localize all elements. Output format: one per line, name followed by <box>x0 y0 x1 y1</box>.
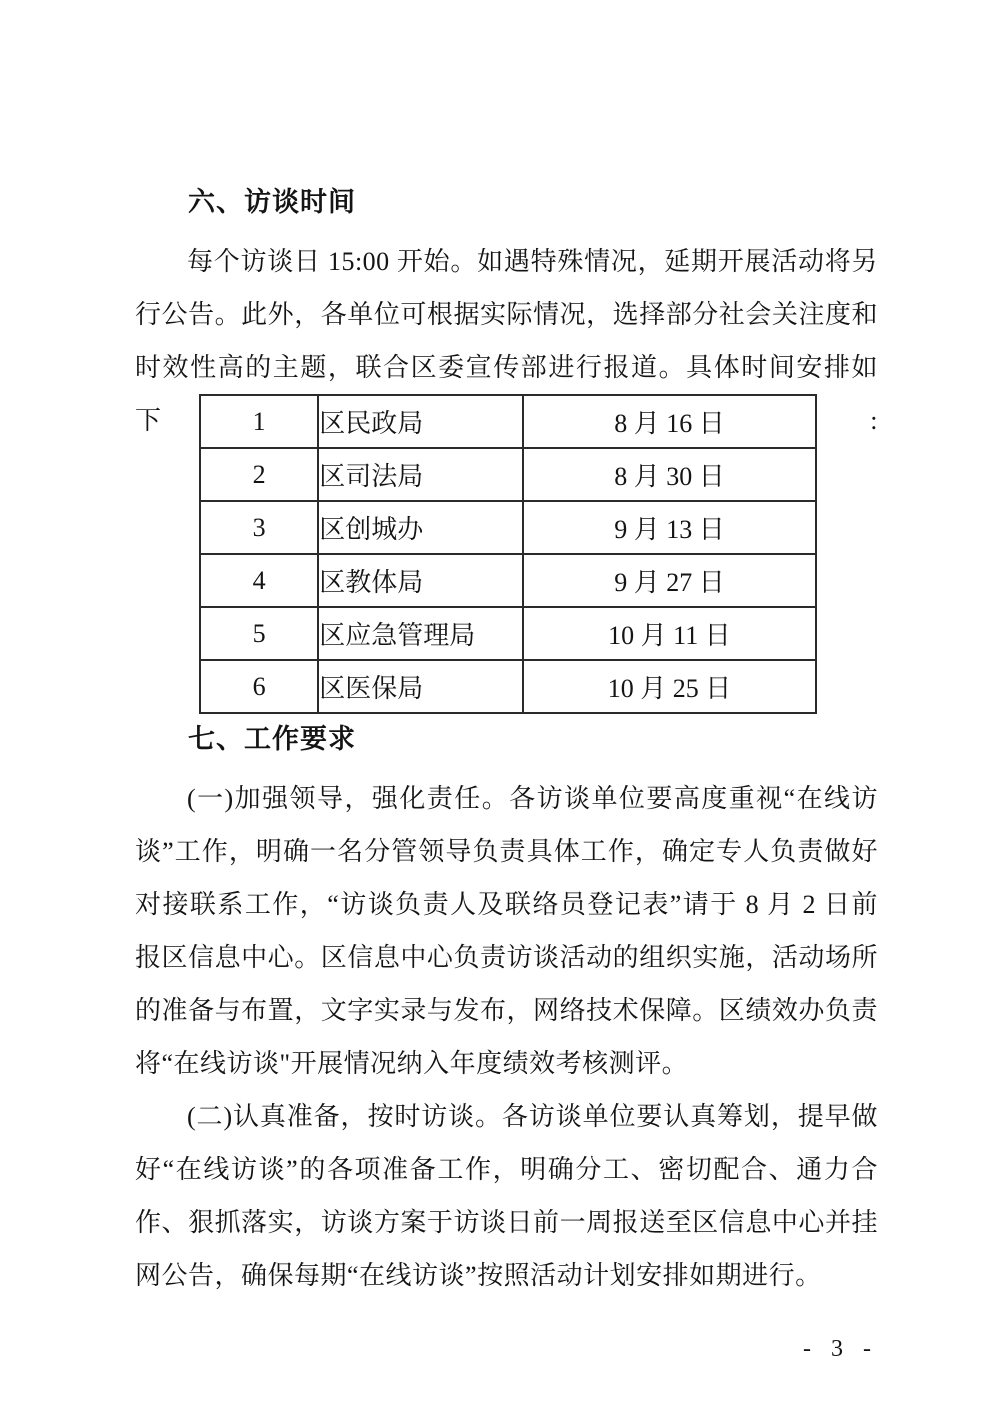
paragraph-interview-time: 每个访谈日 15:00 开始。如遇特殊情况，延期开展活动将另 行公告。此外，各单… <box>135 235 878 394</box>
text-line: 时效性高的主题，联合区委宣传部进行报道。具体时间安排如下: <box>135 341 878 394</box>
section-heading-interview-time: 六、访谈时间 <box>188 185 878 219</box>
table-row: 5 区应急管理局 10 月 11 日 <box>200 607 816 660</box>
row-number-cell: 6 <box>200 660 318 713</box>
unit-name-cell: 区司法局 <box>318 448 523 501</box>
page-number: - 3 - <box>135 1334 878 1364</box>
section-heading-work-requirements: 七、工作要求 <box>188 722 878 756</box>
text-line: 将“在线访谈"开展情况纳入年度绩效考核测评。 <box>135 1037 878 1090</box>
text-line: 对接联系工作，“访谈负责人及联络员登记表”请于 8 月 2 日前 <box>135 878 878 931</box>
text-line: (二)认真准备，按时访谈。各访谈单位要认真筹划，提早做 <box>135 1090 878 1143</box>
text-line: 谈”工作，明确一名分管领导负责具体工作，确定专人负责做好 <box>135 825 878 878</box>
text-line: 行公告。此外，各单位可根据实际情况，选择部分社会关注度和 <box>135 288 878 341</box>
text-line: (一)加强领导，强化责任。各访谈单位要高度重视“在线访 <box>135 772 878 825</box>
row-number-cell: 3 <box>200 501 318 554</box>
unit-name-cell: 区医保局 <box>318 660 523 713</box>
text-line: 作、狠抓落实，访谈方案于访谈日前一周报送至区信息中心并挂 <box>135 1196 878 1249</box>
text-line: 好“在线访谈”的各项准备工作，明确分工、密切配合、通力合 <box>135 1143 878 1196</box>
text-line: 报区信息中心。区信息中心负责访谈活动的组织实施，活动场所 <box>135 931 878 984</box>
unit-name-cell: 区应急管理局 <box>318 607 523 660</box>
row-number-cell: 5 <box>200 607 318 660</box>
unit-name-cell: 区教体局 <box>318 554 523 607</box>
table-row: 2 区司法局 8 月 30 日 <box>200 448 816 501</box>
table-row: 3 区创城办 9 月 13 日 <box>200 501 816 554</box>
paragraph-work-requirement-1: (一)加强领导，强化责任。各访谈单位要高度重视“在线访 谈”工作，明确一名分管领… <box>135 772 878 1090</box>
document-page: 六、访谈时间 每个访谈日 15:00 开始。如遇特殊情况，延期开展活动将另 行公… <box>0 0 1000 1428</box>
text-line: 网公告，确保每期“在线访谈”按照活动计划安排如期进行。 <box>135 1249 878 1302</box>
date-cell: 10 月 11 日 <box>523 607 816 660</box>
date-cell: 9 月 27 日 <box>523 554 816 607</box>
table-row: 6 区医保局 10 月 25 日 <box>200 660 816 713</box>
date-cell: 9 月 13 日 <box>523 501 816 554</box>
paragraph-work-requirement-2: (二)认真准备，按时访谈。各访谈单位要认真筹划，提早做 好“在线访谈”的各项准备… <box>135 1090 878 1302</box>
table-row: 4 区教体局 9 月 27 日 <box>200 554 816 607</box>
unit-name-cell: 区创城办 <box>318 501 523 554</box>
date-cell: 10 月 25 日 <box>523 660 816 713</box>
text-line: 每个访谈日 15:00 开始。如遇特殊情况，延期开展活动将另 <box>135 235 878 288</box>
text-line: 的准备与布置，文字实录与发布，网络技术保障。区绩效办负责 <box>135 984 878 1037</box>
row-number-cell: 2 <box>200 448 318 501</box>
row-number-cell: 4 <box>200 554 318 607</box>
date-cell: 8 月 30 日 <box>523 448 816 501</box>
